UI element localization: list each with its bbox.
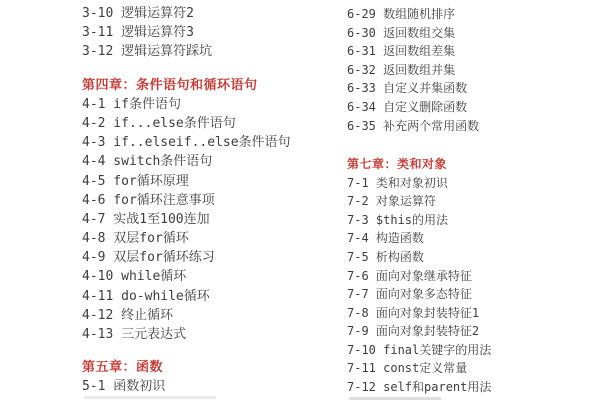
toc-item: 7-8 面向对象封装特征1 — [347, 304, 592, 323]
toc-item: 7-5 析构函数 — [347, 248, 592, 267]
toc-item: 7-2 对象运算符 — [347, 192, 592, 211]
toc-item: 4-2 if...else条件语句 — [82, 114, 342, 133]
toc-column-right: 6-29 数组随机排序 6-30 返回数组交集 6-31 返回数组差集 6-32… — [347, 0, 592, 397]
toc-item: 4-3 if..elseif..else条件语句 — [82, 133, 342, 152]
toc-item: 6-30 返回数组交集 — [347, 24, 592, 43]
toc-item: 5-1 函数初识 — [82, 377, 342, 396]
toc-item: 4-12 终止循环 — [82, 306, 342, 325]
toc-item: 6-29 数组随机排序 — [347, 5, 592, 24]
toc-item: 6-33 自定义并集函数 — [347, 79, 592, 98]
clipped-text-sliver — [84, 396, 216, 399]
chapter-heading-7: 第七章：类和对象 — [347, 155, 592, 174]
toc-item: 3-10 逻辑运算符2 — [82, 4, 342, 23]
toc-item: 7-1 类和对象初识 — [347, 174, 592, 193]
toc-item: 4-5 for循环原理 — [82, 172, 342, 191]
toc-item: 4-7 实战1至100连加 — [82, 210, 342, 229]
toc-item: 3-11 逻辑运算符3 — [82, 23, 342, 42]
toc-item: 4-1 if条件语句 — [82, 95, 342, 114]
toc-item: 7-11 const定义常量 — [347, 359, 592, 378]
toc-item: 7-10 final关键字的用法 — [347, 341, 592, 360]
toc-item: 7-7 面向对象多态特征 — [347, 285, 592, 304]
toc-item: 4-11 do-while循环 — [82, 287, 342, 306]
toc-item: 3-12 逻辑运算符踩坑 — [82, 42, 342, 61]
toc-item: 6-31 返回数组差集 — [347, 42, 592, 61]
toc-column-left: 3-10 逻辑运算符2 3-11 逻辑运算符3 3-12 逻辑运算符踩坑 第四章… — [82, 0, 342, 397]
toc-item: 7-12 self和parent用法 — [347, 378, 592, 397]
chapter-heading-4: 第四章：条件语句和循环语句 — [82, 76, 342, 95]
toc-item: 6-34 自定义删除函数 — [347, 98, 592, 117]
toc-item: 7-3 $this的用法 — [347, 211, 592, 230]
toc-item: 7-9 面向对象封装特征2 — [347, 322, 592, 341]
toc-page: 3-10 逻辑运算符2 3-11 逻辑运算符3 3-12 逻辑运算符踩坑 第四章… — [0, 0, 600, 400]
toc-item: 4-4 switch条件语句 — [82, 152, 342, 171]
toc-item: 6-35 补充两个常用函数 — [347, 117, 592, 136]
toc-item: 4-8 双层for循环 — [82, 229, 342, 248]
toc-item: 4-10 while循环 — [82, 267, 342, 286]
toc-item: 4-6 for循环注意事项 — [82, 191, 342, 210]
toc-item: 7-4 构造函数 — [347, 229, 592, 248]
toc-item: 4-9 双层for循环练习 — [82, 248, 342, 267]
toc-item: 7-6 面向对象继承特征 — [347, 267, 592, 286]
toc-item: 4-13 三元表达式 — [82, 325, 342, 344]
chapter-heading-5: 第五章：函数 — [82, 358, 342, 377]
toc-item: 6-32 返回数组并集 — [347, 61, 592, 80]
